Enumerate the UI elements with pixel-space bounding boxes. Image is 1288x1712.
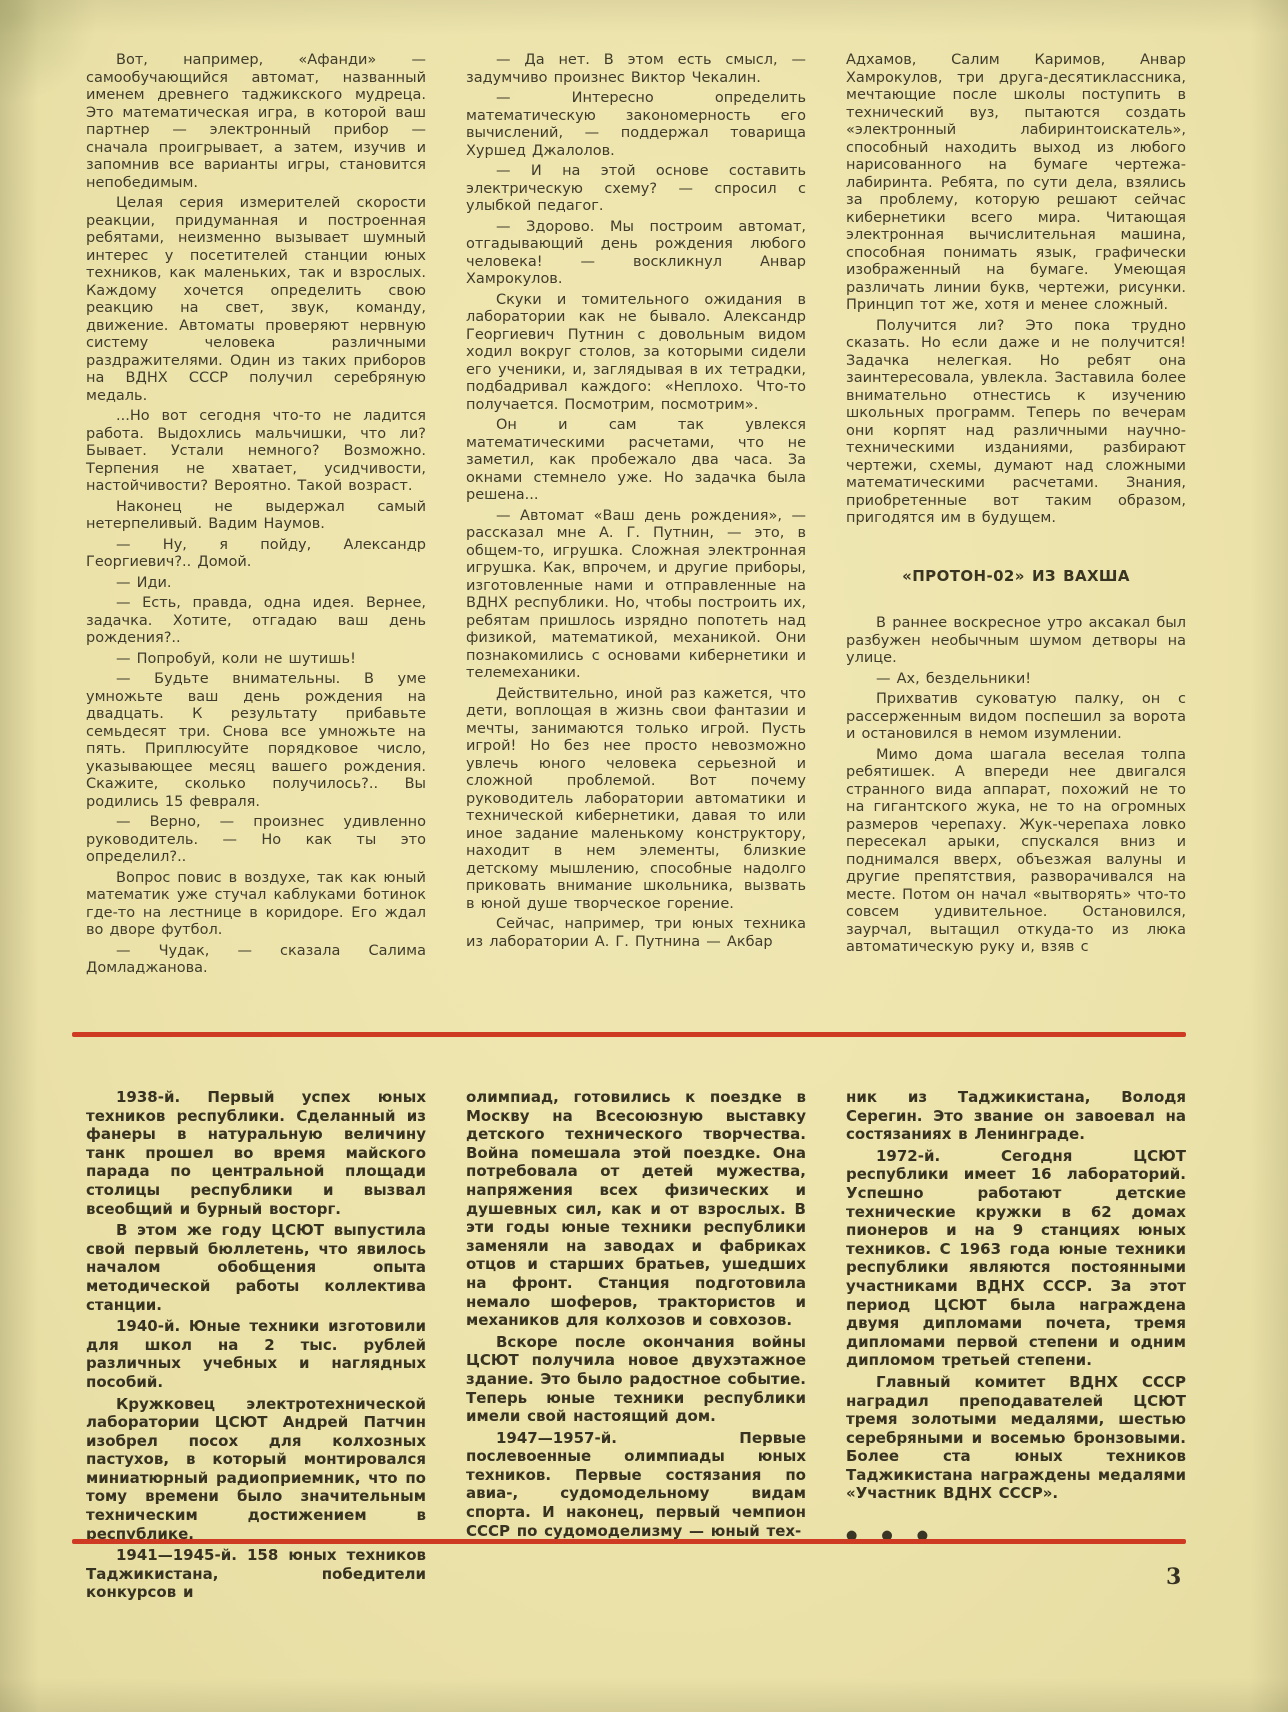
timeline-paragraph: Главный комитет ВДНХ СССР наградил препо… (846, 1373, 1186, 1503)
timeline-paragraph: В этом же году ЦСЮТ выпустила свой первы… (86, 1221, 426, 1314)
paragraph: Вопрос повис в воздухе, так как юный мат… (86, 870, 426, 940)
top-column-2: — Да нет. В этом есть смысл, — задумчиво… (466, 52, 806, 978)
timeline-column-2: олимпиад, готовились к поездке в Москву … (466, 1088, 806, 1602)
dialogue-paragraph: — Ах, бездельники! (846, 671, 1186, 689)
dialogue-paragraph: — Будьте внимательны. В уме умножьте ваш… (86, 671, 426, 811)
continuation-paragraph: ник из Таджикистана, Володя Серегин. Это… (846, 1088, 1186, 1144)
timeline-paragraph: 1972-й. Сегодня ЦСЮТ республики имеет 16… (846, 1147, 1186, 1370)
divider-rule-bottom (72, 1539, 1186, 1544)
dialogue-paragraph: — Да нет. В этом есть смысл, — задумчиво… (466, 52, 806, 87)
timeline-paragraph: 1940-й. Юные техники изготовили для школ… (86, 1317, 426, 1391)
top-article-section: Вот, например, «Афанди» — самообучающийс… (86, 52, 1186, 978)
divider-rule-top (72, 1032, 1186, 1037)
paragraph: Наконец не выдержал самый нетерпеливый. … (86, 499, 426, 534)
continuation-paragraph: олимпиад, готовились к поездке в Москву … (466, 1088, 806, 1330)
continuation-paragraph: Адхамов, Салим Каримов, Анвар Хамрокулов… (846, 52, 1186, 315)
dialogue-paragraph: — Интересно определить математическую за… (466, 90, 806, 160)
timeline-column-3: ник из Таджикистана, Володя Серегин. Это… (846, 1088, 1186, 1602)
dialogue-paragraph: — Ну, я пойду, Александр Георгиевич?.. Д… (86, 537, 426, 572)
top-column-3: Адхамов, Салим Каримов, Анвар Хамрокулов… (846, 52, 1186, 978)
paragraph: Мимо дома шагала веселая толпа ребятишек… (846, 747, 1186, 957)
paragraph: Получится ли? Это пока трудно сказать. Н… (846, 318, 1186, 528)
dialogue-paragraph: — Здорово. Мы построим автомат, отгадыва… (466, 219, 806, 289)
timeline-paragraph: 1941—1945-й. 158 юных техников Таджикист… (86, 1546, 426, 1602)
dialogue-paragraph: — И на этой основе составить электрическ… (466, 163, 806, 216)
paragraph: Скуки и томительного ожидания в лаборато… (466, 292, 806, 415)
timeline-paragraph: Вскоре после окончания войны ЦСЮТ получи… (466, 1333, 806, 1426)
paragraph: Действительно, иной раз кажется, что дет… (466, 686, 806, 914)
dialogue-paragraph: — Чудак, — сказала Салима Домладжанова. (86, 943, 426, 978)
dialogue-paragraph: — Есть, правда, одна идея. Вернее, задач… (86, 595, 426, 648)
paragraph: Целая серия измерителей скорости реакции… (86, 195, 426, 405)
timeline-paragraph: Кружковец электротехнической лаборатории… (86, 1395, 426, 1544)
dialogue-paragraph: — Автомат «Ваш день рождения», — рассказ… (466, 508, 806, 683)
paragraph: Он и сам так увлекся математическими рас… (466, 417, 806, 505)
timeline-paragraph: 1947—1957-й. Первые послевоенные олимпиа… (466, 1429, 806, 1541)
timeline-column-1: 1938-й. Первый успех юных техников респу… (86, 1088, 426, 1602)
paragraph: ...Но вот сегодня что-то не ладится рабо… (86, 408, 426, 496)
magazine-page: Вот, например, «Афанди» — самообучающийс… (0, 0, 1288, 1712)
dialogue-paragraph: — Верно, — произнес удивленно руководите… (86, 814, 426, 867)
section-heading: «ПРОТОН-02» ИЗ ВАХША (846, 568, 1186, 586)
paragraph: В раннее воскресное утро аксакал был раз… (846, 615, 1186, 668)
paragraph: Вот, например, «Афанди» — самообучающийс… (86, 52, 426, 192)
timeline-section: 1938-й. Первый успех юных техников респу… (86, 1088, 1186, 1602)
paragraph: Прихватив суковатую палку, он с рассерже… (846, 691, 1186, 744)
top-column-1: Вот, например, «Афанди» — самообучающийс… (86, 52, 426, 978)
page-number: 3 (1166, 1564, 1181, 1590)
dialogue-paragraph: — Иди. (86, 575, 426, 593)
paragraph: Сейчас, например, три юных техника из ла… (466, 916, 806, 951)
dialogue-paragraph: — Попробуй, коли не шутишь! (86, 651, 426, 669)
timeline-paragraph: 1938-й. Первый успех юных техников респу… (86, 1088, 426, 1218)
